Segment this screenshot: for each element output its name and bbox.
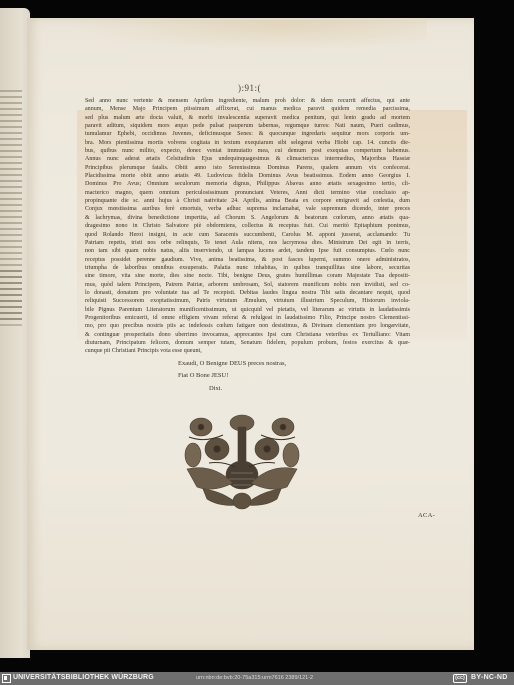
library-logo-icon xyxy=(2,674,11,683)
floral-ornament-icon xyxy=(183,413,301,513)
text-line: macterico magno, quem omnium periculosis… xyxy=(85,189,410,197)
text-line: Dominus Pro Avus; Omnium seculorum memor… xyxy=(85,180,410,188)
text-line: & continguæ prosperitatis dono uberrimo … xyxy=(85,331,410,339)
text-line: Conjux mœstissima auribus ferè emortuis,… xyxy=(85,205,410,213)
text-line: paravit aditum, siquidem mors æquo pede … xyxy=(85,122,410,130)
footer-bar: UNIVERSITÄTSBIBLIOTHEK WÜRZBURG urn:nbn:… xyxy=(0,672,514,685)
urn-identifier: urn:nbn:de:bvb:20-75a315:urm7616 2389/12… xyxy=(196,675,313,681)
previous-page-edge xyxy=(0,8,30,658)
text-line: mo, pro quo precibus nostris piis ac ind… xyxy=(85,322,410,330)
text-line: sed plus malum arte docta valuit, & morb… xyxy=(85,114,410,122)
text-line: diuturnam, Principatum felicem, domum se… xyxy=(85,339,410,347)
text-line: Annus nunc aderat ætatis Celsitudinis Ej… xyxy=(85,155,410,163)
previous-page-text xyxy=(0,270,22,330)
scan-viewer: ):91:( Sed anno nunc vertente & mensem A… xyxy=(0,0,514,672)
text-line: tumulamur Ephebi, occidimus Juvenes, def… xyxy=(85,130,410,138)
text-line: quod Rolando Heroi insigni, in acie cum … xyxy=(85,231,410,239)
text-line: & lachrymas, divina benedictione imperti… xyxy=(85,214,410,222)
text-line: lo donasti, donatum pro voluntate tua ad… xyxy=(85,289,410,297)
text-line: Progenitoribus emicuerit, id omne effigi… xyxy=(85,314,410,322)
paper-stain xyxy=(67,20,427,50)
text-line: Patriam repetis, tristi nos orbe relinqu… xyxy=(85,239,410,247)
text-line: bile Pignus Parentum Literatorum munific… xyxy=(85,306,410,314)
text-line: bra. Mors pientissima mortis volvens cog… xyxy=(85,139,410,147)
text-line: bus, quibus nunc milito, expecto, donec … xyxy=(85,147,410,155)
text-line: reliquisti Successorem exoptatissimum, P… xyxy=(85,297,410,305)
text-line: receptus possidet perenne gaudium. Vive,… xyxy=(85,256,410,264)
page-number: ):91:( xyxy=(238,83,261,93)
closing-line: Dixi. xyxy=(209,385,222,392)
text-line: cunque pii Christiani Principis vota ess… xyxy=(85,347,410,355)
text-line: Placidissima morte obiit anno ætatis 49.… xyxy=(85,172,410,180)
catchword: ACA- xyxy=(418,512,435,519)
text-line: mus, quòd talem Principem, Patrem Patriæ… xyxy=(85,281,410,289)
text-line: triumpha de laboribus omnibus exsuperati… xyxy=(85,264,410,272)
text-line: non tam sibi quam nobis natus, aliis ins… xyxy=(85,247,410,255)
closing-line: Exaudi, O Benigne DEUS preces nostras, xyxy=(178,360,286,367)
body-text: Sed anno nunc vertente & mensem Aprilem … xyxy=(85,97,410,356)
text-line: Sed anno nunc vertente & mensem Aprilem … xyxy=(85,97,410,105)
text-line: annum, Mense Majo Principem piissimum af… xyxy=(85,105,410,113)
text-line: dragesimo nono in Christo Salvatore piè … xyxy=(85,222,410,230)
creative-commons-icon[interactable]: (cc) xyxy=(453,674,467,683)
library-name[interactable]: UNIVERSITÄTSBIBLIOTHEK WÜRZBURG xyxy=(13,674,154,681)
text-line: sine timore, vita sine morte, dies sine … xyxy=(85,272,410,280)
text-line: propinquante die sc. anni hujus à Christ… xyxy=(85,197,410,205)
text-line: Principibus plerumque fatalis. Obiit ann… xyxy=(85,164,410,172)
closing-line: Fiat O Bone JESU! xyxy=(178,372,228,379)
license-label[interactable]: BY-NC-ND xyxy=(471,674,508,681)
